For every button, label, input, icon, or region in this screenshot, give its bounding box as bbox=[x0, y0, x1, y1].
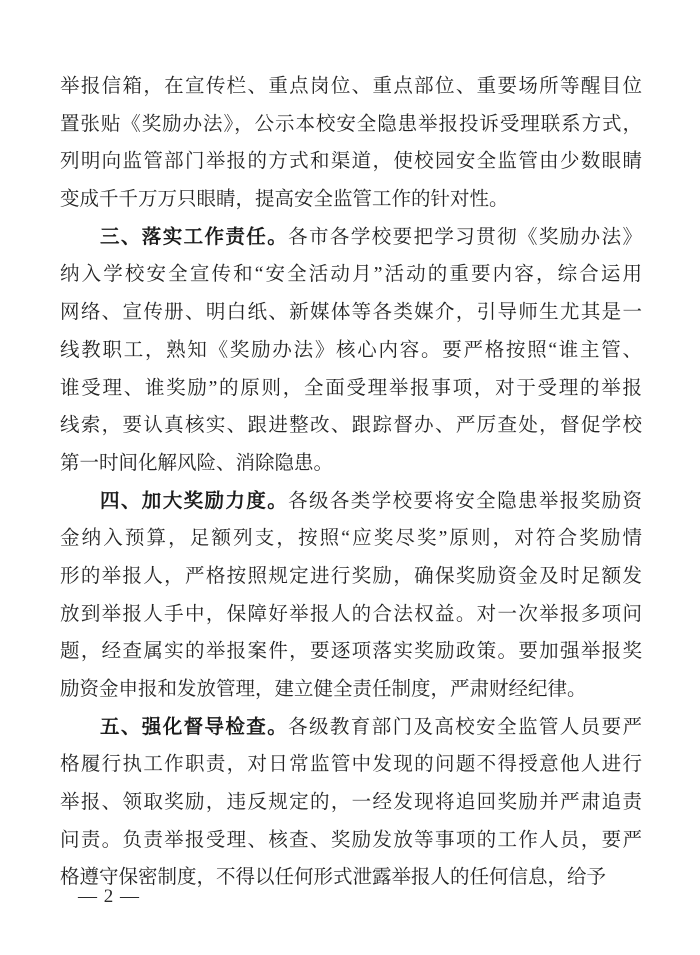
text-line: 举报、领取奖励，违反规定的，一经发现将追回奖励并严肃追责 bbox=[60, 784, 642, 822]
text-line: 举报信箱，在宣传栏、重点岗位、重点部位、重要场所等醒目位 bbox=[60, 68, 642, 106]
text-line: 第一时间化解风险、消除隐患。 bbox=[60, 445, 642, 483]
text-line: 励资金申报和发放管理，建立健全责任制度，严肃财经纪律。 bbox=[60, 671, 642, 709]
text-line: 格遵守保密制度，不得以任何形式泄露举报人的任何信息，给予 bbox=[60, 859, 642, 897]
section-heading: 三、落实工作责任。 bbox=[100, 226, 288, 248]
page-footer: — 2 — bbox=[78, 886, 140, 908]
text-line: 置张贴《奖励办法》，公示本校安全隐患举报投诉受理联系方式， bbox=[60, 106, 642, 144]
text-line: 问责。负责举报受理、核查、奖励发放等事项的工作人员，要严 bbox=[60, 822, 642, 860]
paragraph: 举报信箱，在宣传栏、重点岗位、重点部位、重要场所等醒目位置张贴《奖励办法》，公示… bbox=[60, 68, 642, 219]
section-heading-rest: 各市各学校要把学习贯彻《奖励办法》 bbox=[288, 227, 642, 248]
paragraph: 四、加大奖励力度。各级各类学校要将安全隐患举报奖励资金纳入预算，足额列支，按照“… bbox=[60, 483, 642, 709]
section-heading: 五、强化督导检查。 bbox=[100, 716, 288, 738]
text-line: 谁受理、谁奖励”的原则，全面受理举报事项，对于受理的举报 bbox=[60, 370, 642, 408]
text-line: 网络、宣传册、明白纸、新媒体等各类媒介，引导师生尤其是一 bbox=[60, 294, 642, 332]
paragraph: 五、强化督导检查。各级教育部门及高校安全监管人员要严格履行执工作职责，对日常监管… bbox=[60, 709, 642, 897]
text-line: 格履行执工作职责，对日常监管中发现的问题不得授意他人进行 bbox=[60, 746, 642, 784]
text-line: 四、加大奖励力度。各级各类学校要将安全隐患举报奖励资 bbox=[60, 483, 642, 521]
text-line: 五、强化督导检查。各级教育部门及高校安全监管人员要严 bbox=[60, 709, 642, 747]
section-heading-rest: 各级各类学校要将安全隐患举报奖励资 bbox=[288, 491, 642, 512]
text-line: 放到举报人手中，保障好举报人的合法权益。对一次举报多项问 bbox=[60, 596, 642, 634]
paragraph: 三、落实工作责任。各市各学校要把学习贯彻《奖励办法》纳入学校安全宣传和“安全活动… bbox=[60, 219, 642, 483]
text-line: 列明向监管部门举报的方式和渠道，使校园安全监管由少数眼睛 bbox=[60, 143, 642, 181]
text-line: 题，经查属实的举报案件，要逐项落实奖励政策。要加强举报奖 bbox=[60, 633, 642, 671]
section-heading: 四、加大奖励力度。 bbox=[100, 490, 288, 512]
page-number: — 2 — bbox=[78, 886, 140, 907]
document-page: 举报信箱，在宣传栏、重点岗位、重点部位、重要场所等醒目位置张贴《奖励办法》，公示… bbox=[0, 0, 700, 955]
text-line: 纳入学校安全宣传和“安全活动月”活动的重要内容，综合运用 bbox=[60, 256, 642, 294]
text-line: 三、落实工作责任。各市各学校要把学习贯彻《奖励办法》 bbox=[60, 219, 642, 257]
text-line: 形的举报人，严格按照规定进行奖励，确保奖励资金及时足额发 bbox=[60, 558, 642, 596]
document-body: 举报信箱，在宣传栏、重点岗位、重点部位、重要场所等醒目位置张贴《奖励办法》，公示… bbox=[60, 68, 642, 897]
text-line: 线索，要认真核实、跟进整改、跟踪督办、严厉查处，督促学校 bbox=[60, 407, 642, 445]
section-heading-rest: 各级教育部门及高校安全监管人员要严 bbox=[288, 717, 642, 738]
text-line: 金纳入预算，足额列支，按照“应奖尽奖”原则，对符合奖励情 bbox=[60, 520, 642, 558]
text-line: 变成千千万万只眼睛，提高安全监管工作的针对性。 bbox=[60, 181, 642, 219]
text-line: 线教职工，熟知《奖励办法》核心内容。要严格按照“谁主管、 bbox=[60, 332, 642, 370]
